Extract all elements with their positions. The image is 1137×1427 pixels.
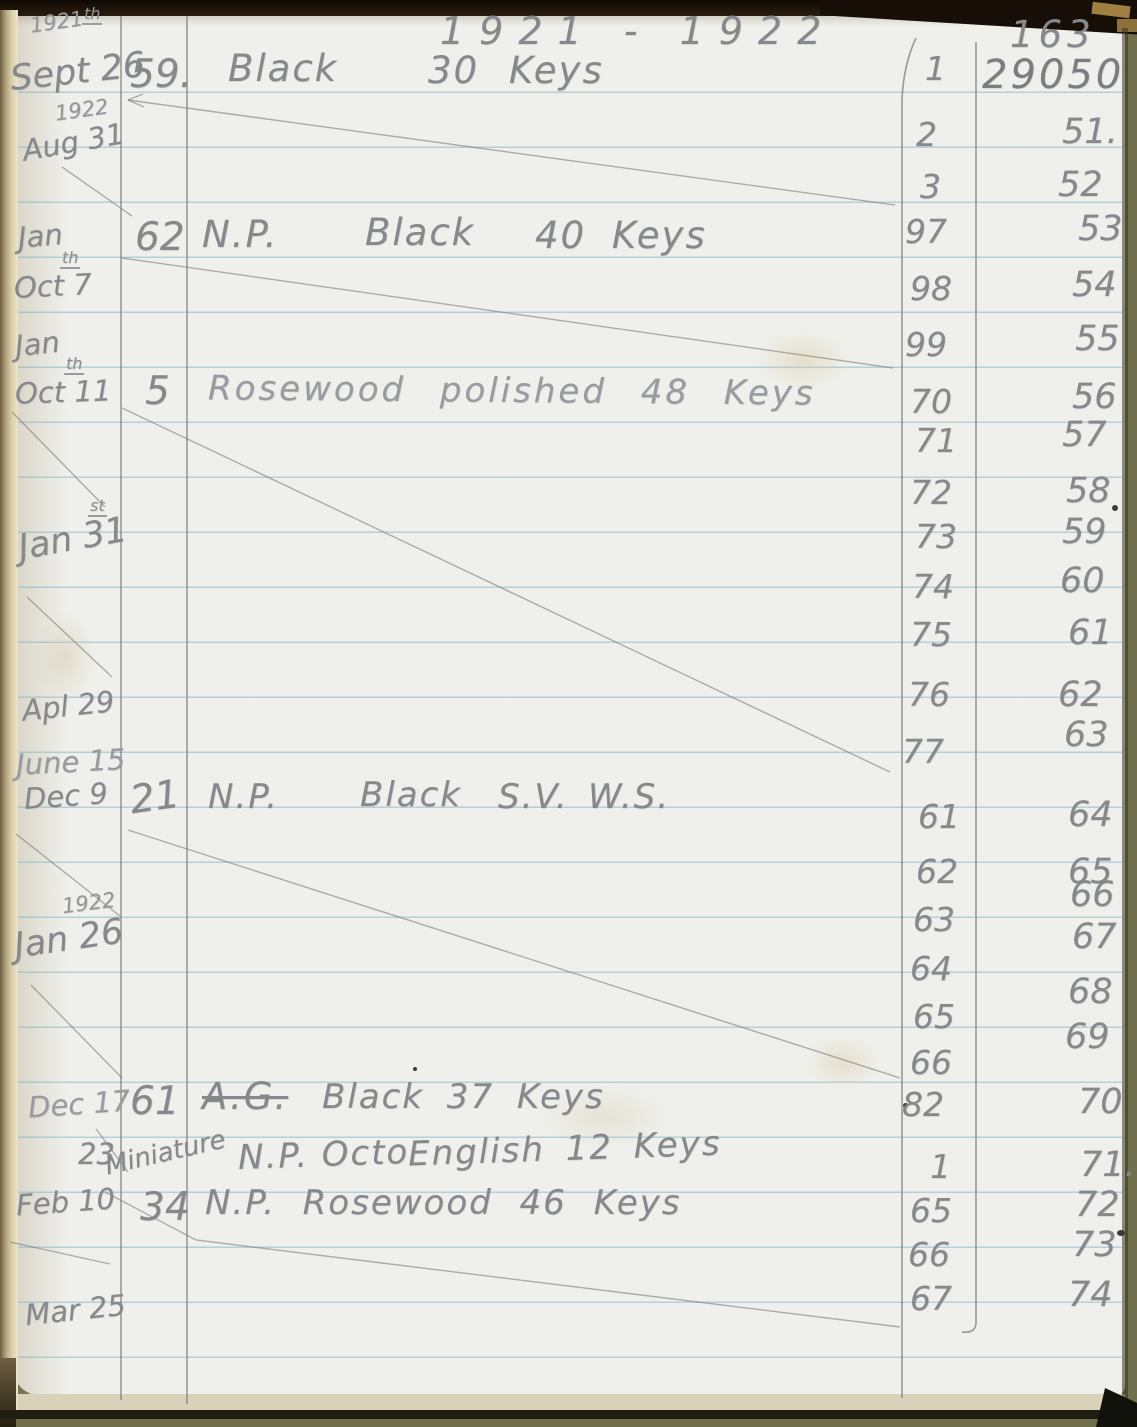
count-value: 73: [915, 520, 957, 553]
year-range-title: 1921 - 1922: [440, 12, 836, 50]
serial-value: 67: [1072, 920, 1117, 955]
entry-description: Black 37 Keys: [322, 1080, 605, 1114]
serial-value: 74: [1068, 1278, 1113, 1313]
count-value: 1: [930, 1150, 951, 1183]
serial-value: 69: [1065, 1020, 1110, 1055]
ordinal-suffix: th: [60, 250, 80, 269]
entry-number: 21: [128, 775, 183, 821]
count-value: 72: [910, 476, 952, 509]
margin-date: Oct 7: [13, 270, 92, 303]
count-value: 63: [913, 903, 955, 936]
count-value: 76: [908, 678, 950, 711]
count-value: 67: [910, 1282, 952, 1315]
entry-description: Rosewood polished 48 Keys: [208, 371, 816, 410]
serial-value: 60: [1060, 564, 1105, 599]
entry-description: W.S.: [588, 780, 670, 814]
serial-value: 63: [1064, 718, 1109, 753]
serial-value: 72: [1075, 1188, 1120, 1223]
entry-description: N.P. Octo: [237, 1135, 409, 1175]
margin-date: June 15: [15, 745, 126, 780]
count-value: 65: [913, 1000, 955, 1033]
count-value: 99: [905, 328, 947, 361]
count-value: 82: [902, 1088, 944, 1121]
entry-description: N.P.: [208, 780, 279, 814]
count-value: 66: [908, 1238, 950, 1271]
margin-date: Feb 10: [15, 1185, 116, 1221]
serial-value: 55: [1075, 322, 1120, 357]
serial-value: 71.: [1080, 1148, 1136, 1183]
serial-value: 70: [1078, 1085, 1123, 1120]
count-value: 75: [910, 618, 952, 651]
serial-value: 58: [1066, 474, 1111, 509]
serial-value: 51.: [1062, 115, 1118, 150]
count-value: 97: [905, 215, 947, 248]
count-value: 65: [910, 1194, 952, 1227]
count-value: 64: [910, 952, 952, 985]
entry-description: Black: [360, 778, 462, 812]
entry-description: Black: [365, 214, 475, 251]
serial-value: 57: [1062, 418, 1107, 453]
margin-date: Dec 17: [27, 1086, 131, 1122]
serial-value: 59: [1062, 515, 1107, 550]
serial-value: 62: [1058, 678, 1103, 713]
count-value: 66: [910, 1046, 952, 1079]
margin-date: Oct 11: [15, 376, 112, 408]
entry-description-struck: A.G.: [202, 1078, 288, 1115]
ordinal-suffix: th: [64, 356, 84, 375]
count-value: 71: [915, 424, 957, 457]
serial-value: 56: [1072, 380, 1117, 415]
entry-description: 30 Keys: [428, 52, 604, 89]
serial-value: 73: [1072, 1228, 1117, 1263]
count-value: 98: [910, 272, 952, 305]
entry-description: 40 Keys: [535, 217, 707, 254]
serial-value: 54: [1072, 268, 1117, 303]
count-value: 1: [925, 52, 946, 85]
entry-number: 34: [140, 1188, 190, 1227]
entry-description: Black: [228, 50, 338, 87]
entry-number: 61: [130, 1082, 180, 1121]
entry-number: 5: [145, 372, 170, 411]
entry-description: English 12 Keys: [408, 1127, 722, 1172]
entry-number: 59.: [130, 55, 192, 94]
margin-date: Jan: [17, 220, 64, 253]
entry-description: S.V.: [498, 780, 569, 814]
entry-number: 62: [135, 218, 185, 257]
serial-value: 66: [1070, 878, 1115, 913]
entry-description: N.P.: [202, 216, 278, 253]
count-value: 2: [916, 118, 937, 151]
count-value: 74: [912, 570, 954, 603]
serial-value: 61: [1068, 616, 1113, 651]
count-value: 61: [918, 800, 960, 833]
serial-value: 53: [1078, 212, 1123, 247]
serial-value: 64: [1068, 798, 1113, 833]
serial-value: 68: [1068, 975, 1113, 1010]
serial-value: 29050: [982, 55, 1124, 95]
serial-value: 52: [1058, 168, 1103, 203]
margin-date: Jan: [14, 328, 62, 362]
ordinal-suffix: th: [82, 6, 102, 25]
scanned-ledger-page: 1921 - 1922 163 1921 th Sept 26 1922 Aug…: [0, 0, 1137, 1427]
count-value: 3: [920, 170, 941, 203]
count-value: 70: [910, 385, 952, 418]
count-value: 62: [916, 855, 958, 888]
count-value: 77: [902, 735, 944, 768]
entry-description: N.P. Rosewood 46 Keys: [205, 1186, 681, 1220]
ordinal-suffix: st: [88, 498, 107, 517]
page-number: 163: [1010, 16, 1096, 53]
margin-date: Dec 9: [23, 779, 109, 814]
